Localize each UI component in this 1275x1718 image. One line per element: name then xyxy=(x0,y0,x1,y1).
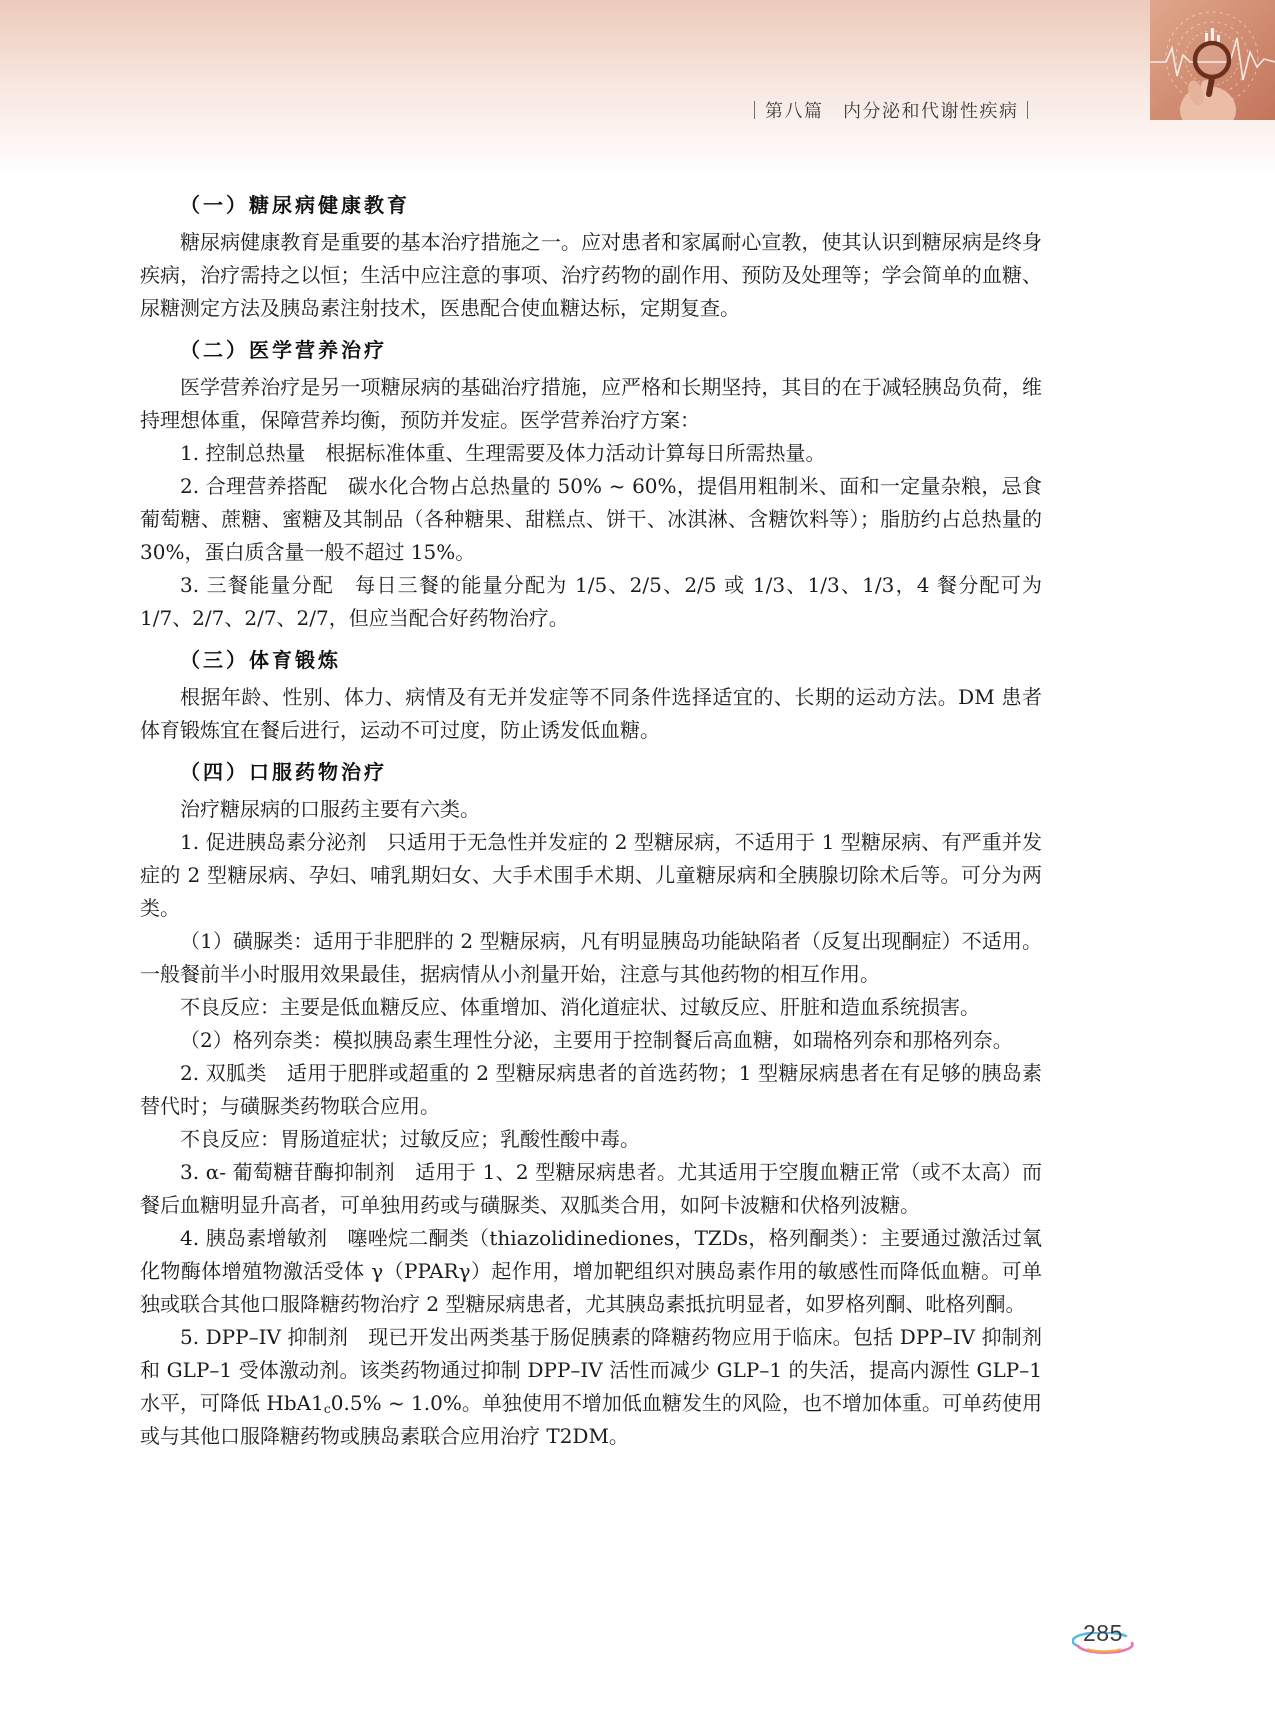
running-header: ｜第八篇 内分泌和代谢性疾病｜ xyxy=(746,97,1039,123)
paragraph: 医学营养治疗是另一项糖尿病的基础治疗措施，应严格和长期坚持，其目的在于减轻胰岛负… xyxy=(140,371,1042,437)
top-gradient-decoration xyxy=(0,0,1275,175)
paragraph: 2. 双胍类 适用于肥胖或超重的 2 型糖尿病患者的首选药物；1 型糖尿病患者在… xyxy=(140,1057,1042,1123)
section-heading-oral-medication: （四）口服药物治疗 xyxy=(140,757,1042,787)
paragraph: 治疗糖尿病的口服药主要有六类。 xyxy=(140,793,1042,826)
content-area: （一）糖尿病健康教育 糖尿病健康教育是重要的基本治疗措施之一。应对患者和家属耐心… xyxy=(140,180,1042,1453)
paragraph: 2. 合理营养搭配 碳水化合物占总热量的 50% ~ 60%，提倡用粗制米、面和… xyxy=(140,470,1042,569)
paragraph: 不良反应：胃肠道症状；过敏反应；乳酸性酸中毒。 xyxy=(140,1123,1042,1156)
hba1c-subscript: c xyxy=(324,1401,331,1416)
paragraph-dpp4: 5. DPP–IV 抑制剂 现已开发出两类基于肠促胰素的降糖药物应用于临床。包括… xyxy=(140,1321,1042,1453)
paragraph: 不良反应：主要是低血糖反应、体重增加、消化道症状、过敏反应、肝脏和造血系统损害。 xyxy=(140,991,1042,1024)
paragraph: 3. α- 葡萄糖苷酶抑制剂 适用于 1、2 型糖尿病患者。尤其适用于空腹血糖正… xyxy=(140,1156,1042,1222)
paragraph: 根据年龄、性别、体力、病情及有无并发症等不同条件选择适宜的、长期的运动方法。DM… xyxy=(140,681,1042,747)
section-heading-physical-exercise: （三）体育锻炼 xyxy=(140,645,1042,675)
paragraph: 1. 控制总热量 根据标准体重、生理需要及体力活动计算每日所需热量。 xyxy=(140,437,1042,470)
book-page: { "page": { "header_title": "｜第八篇 内分泌和代谢… xyxy=(0,0,1275,1718)
paragraph: （1）磺脲类：适用于非肥胖的 2 型糖尿病，凡有明显胰岛功能缺陷者（反复出现酮症… xyxy=(140,925,1042,991)
paragraph: （2）格列奈类：模拟胰岛素生理性分泌，主要用于控制餐后高血糖，如瑞格列奈和那格列… xyxy=(140,1024,1042,1057)
paragraph: 1. 促进胰岛素分泌剂 只适用于无急性并发症的 2 型糖尿病，不适用于 1 型糖… xyxy=(140,826,1042,925)
running-header-text: ｜第八篇 内分泌和代谢性疾病｜ xyxy=(746,101,1039,122)
corner-photo-stethoscope xyxy=(1150,0,1275,120)
paragraph: 糖尿病健康教育是重要的基本治疗措施之一。应对患者和家属耐心宣教，使其认识到糖尿病… xyxy=(140,226,1042,325)
section-heading-nutrition-therapy: （二）医学营养治疗 xyxy=(140,335,1042,365)
section-heading-health-education: （一）糖尿病健康教育 xyxy=(140,190,1042,220)
paragraph: 3. 三餐能量分配 每日三餐的能量分配为 1/5、2/5、2/5 或 1/3、1… xyxy=(140,569,1042,635)
page-number: 285 xyxy=(1072,1618,1136,1656)
page-number-text: 285 xyxy=(1083,1620,1123,1647)
paragraph: 4. 胰岛素增敏剂 噻唑烷二酮类（thiazolidinediones，TZDs… xyxy=(140,1222,1042,1321)
